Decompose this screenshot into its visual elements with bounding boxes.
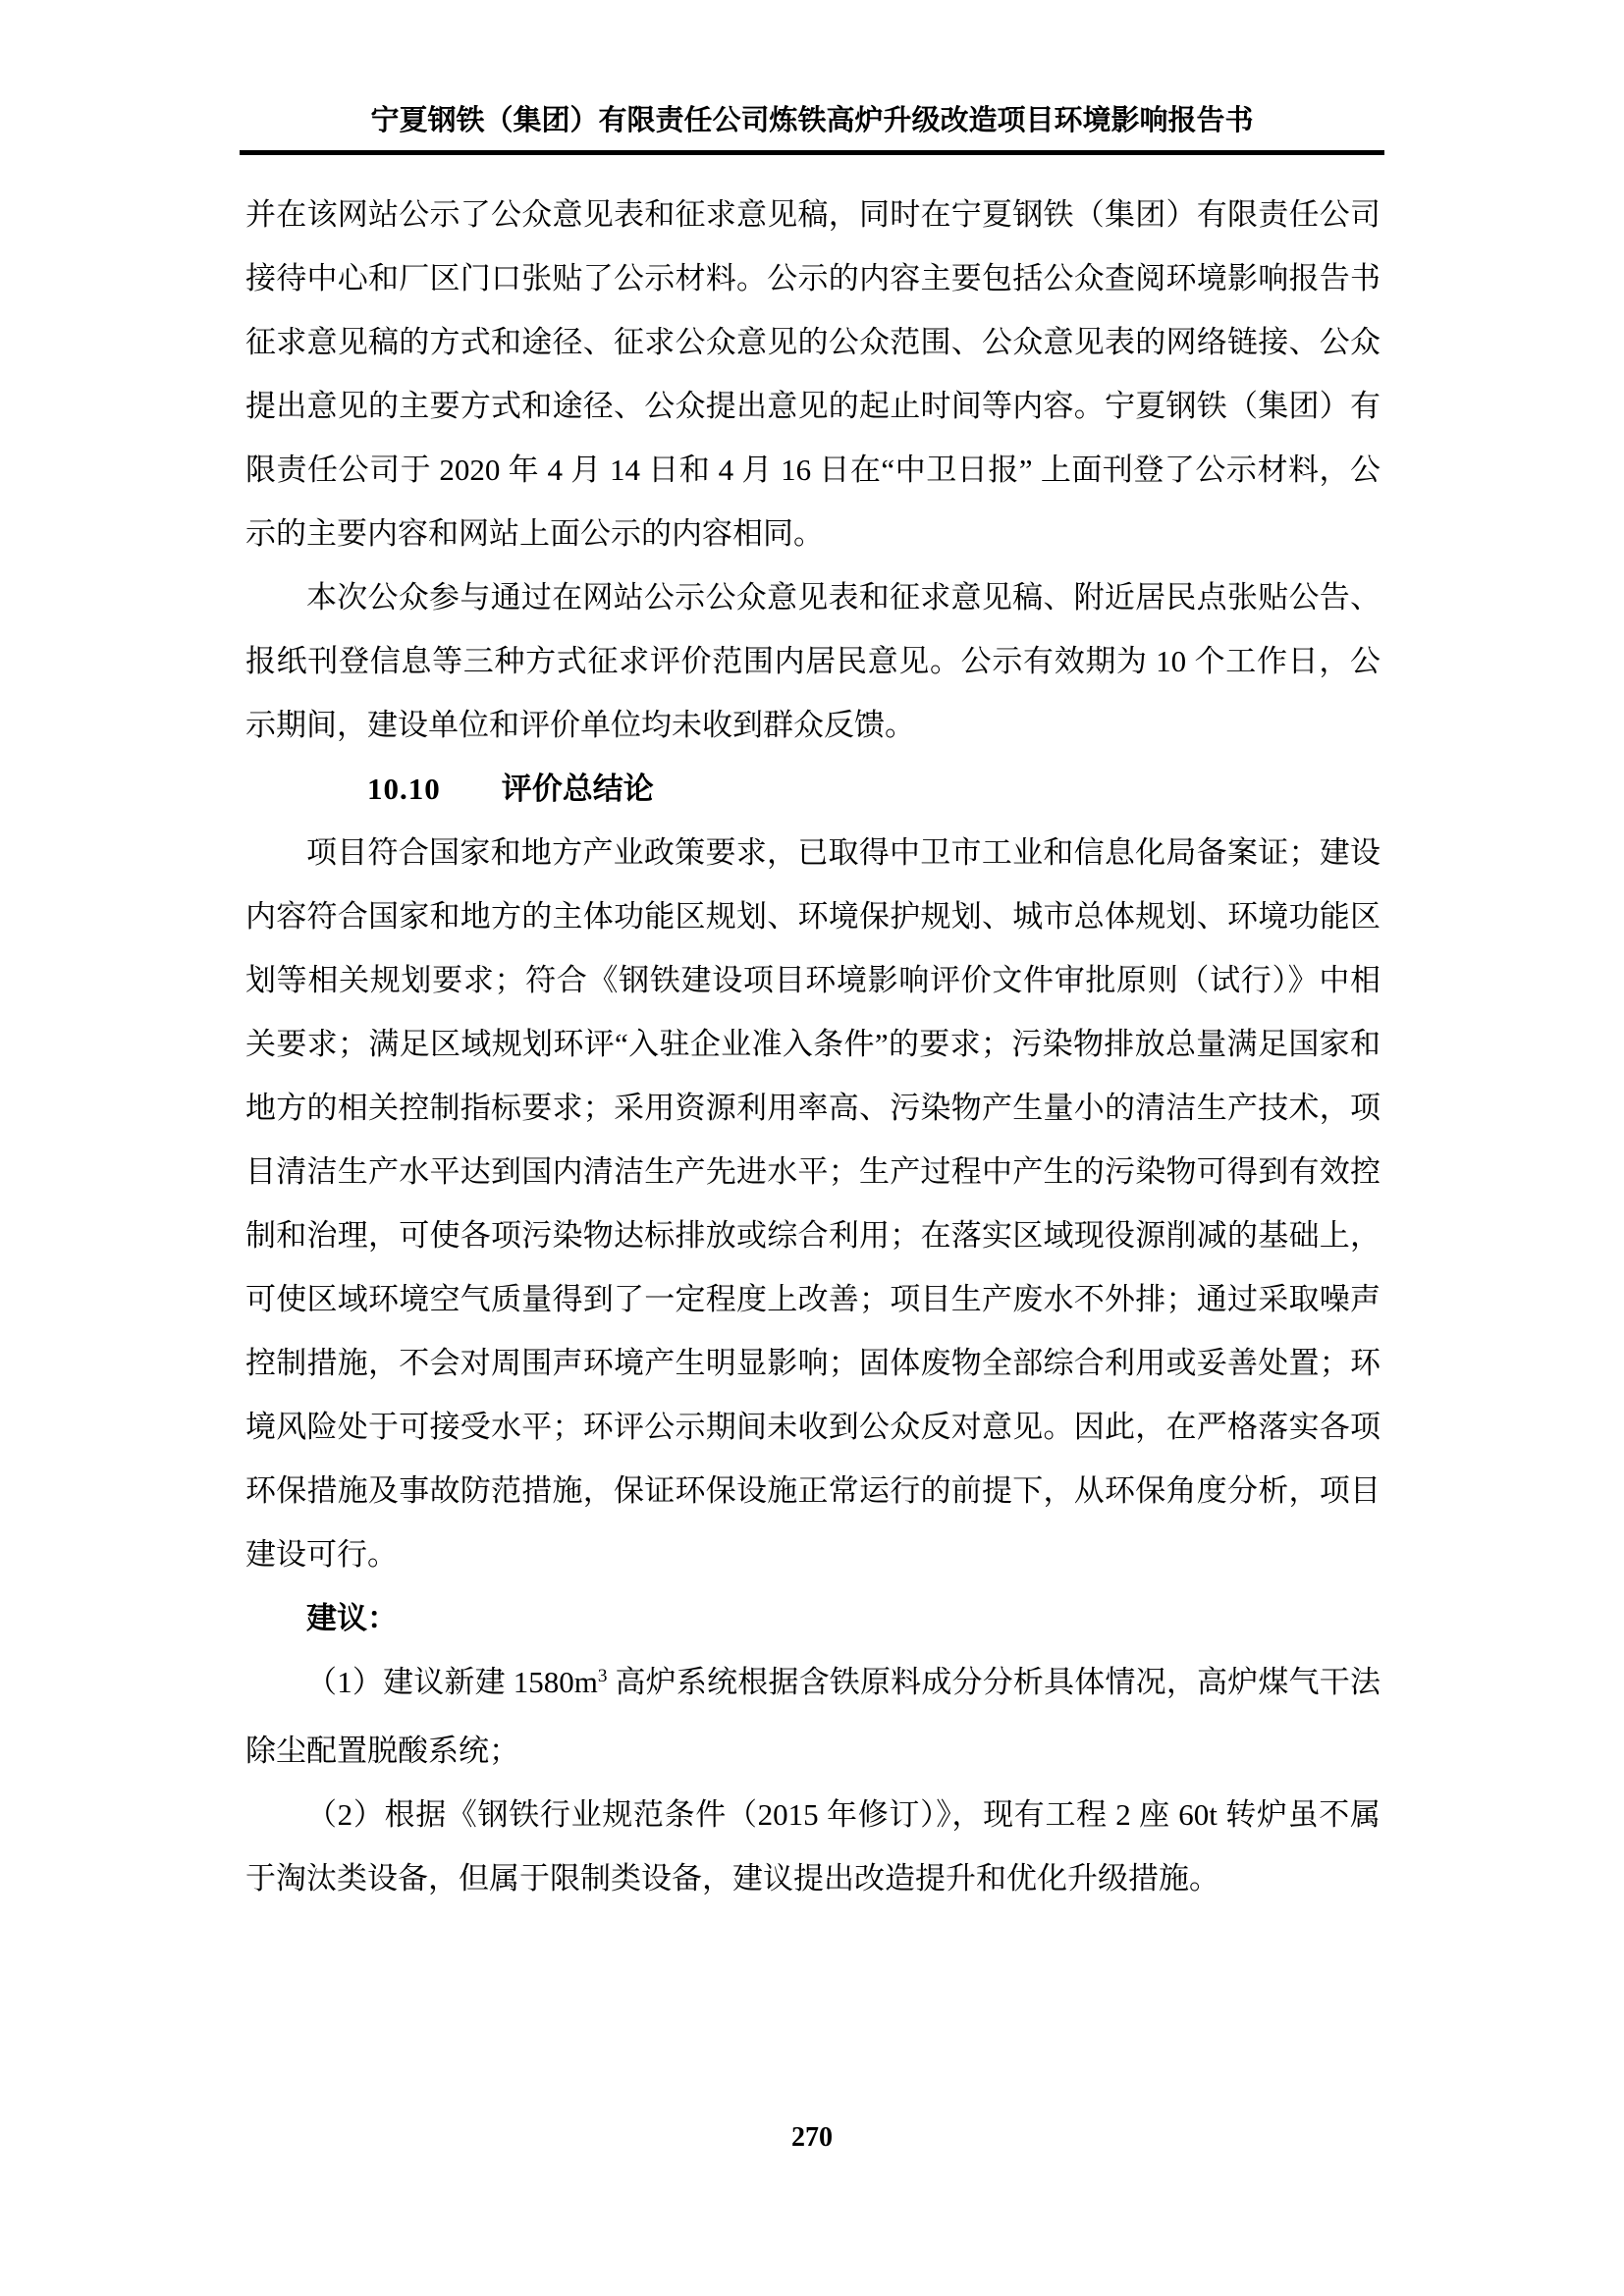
document-body: 并在该网站公示了公众意见表和征求意见稿，同时在宁夏钢铁（集团）有限责任公司接待中… [245,183,1380,1910]
page-footer: 270 [0,2118,1624,2158]
paragraph-public-notice: 并在该网站公示了公众意见表和征求意见稿，同时在宁夏钢铁（集团）有限责任公司接待中… [245,183,1380,565]
paragraph-participation-methods: 本次公众参与通过在网站公示公众意见表和征求意见稿、附近居民点张贴公告、报纸刊登信… [245,565,1380,757]
section-number: 10.10 [306,757,441,821]
suggestions-heading: 建议： [245,1586,1380,1650]
suggestion-1-text: （1）建议新建 1580m [306,1665,598,1699]
page-header-title: 宁夏钢铁（集团）有限责任公司炼铁高炉升级改造项目环境影响报告书 [370,105,1253,136]
suggestion-item-2: （2）根据《钢铁行业规范条件（2015 年修订）》，现有工程 2 座 60t 转… [245,1783,1380,1910]
section-title: 评价总结论 [502,772,654,806]
suggestion-item-1: （1）建议新建 1580m3 高炉系统根据含铁原料成分分析具体情况，高炉煤气干法… [245,1650,1380,1783]
page-number: 270 [791,2122,833,2153]
page-header: 宁夏钢铁（集团）有限责任公司炼铁高炉升级改造项目环境影响报告书 [240,98,1384,155]
paragraph-evaluation-conclusion: 项目符合国家和地方产业政策要求，已取得中卫市工业和信息化局备案证；建设内容符合国… [245,821,1380,1586]
section-heading-10-10: 10.10评价总结论 [245,757,1380,821]
superscript-cubic-meter: 3 [598,1666,608,1686]
